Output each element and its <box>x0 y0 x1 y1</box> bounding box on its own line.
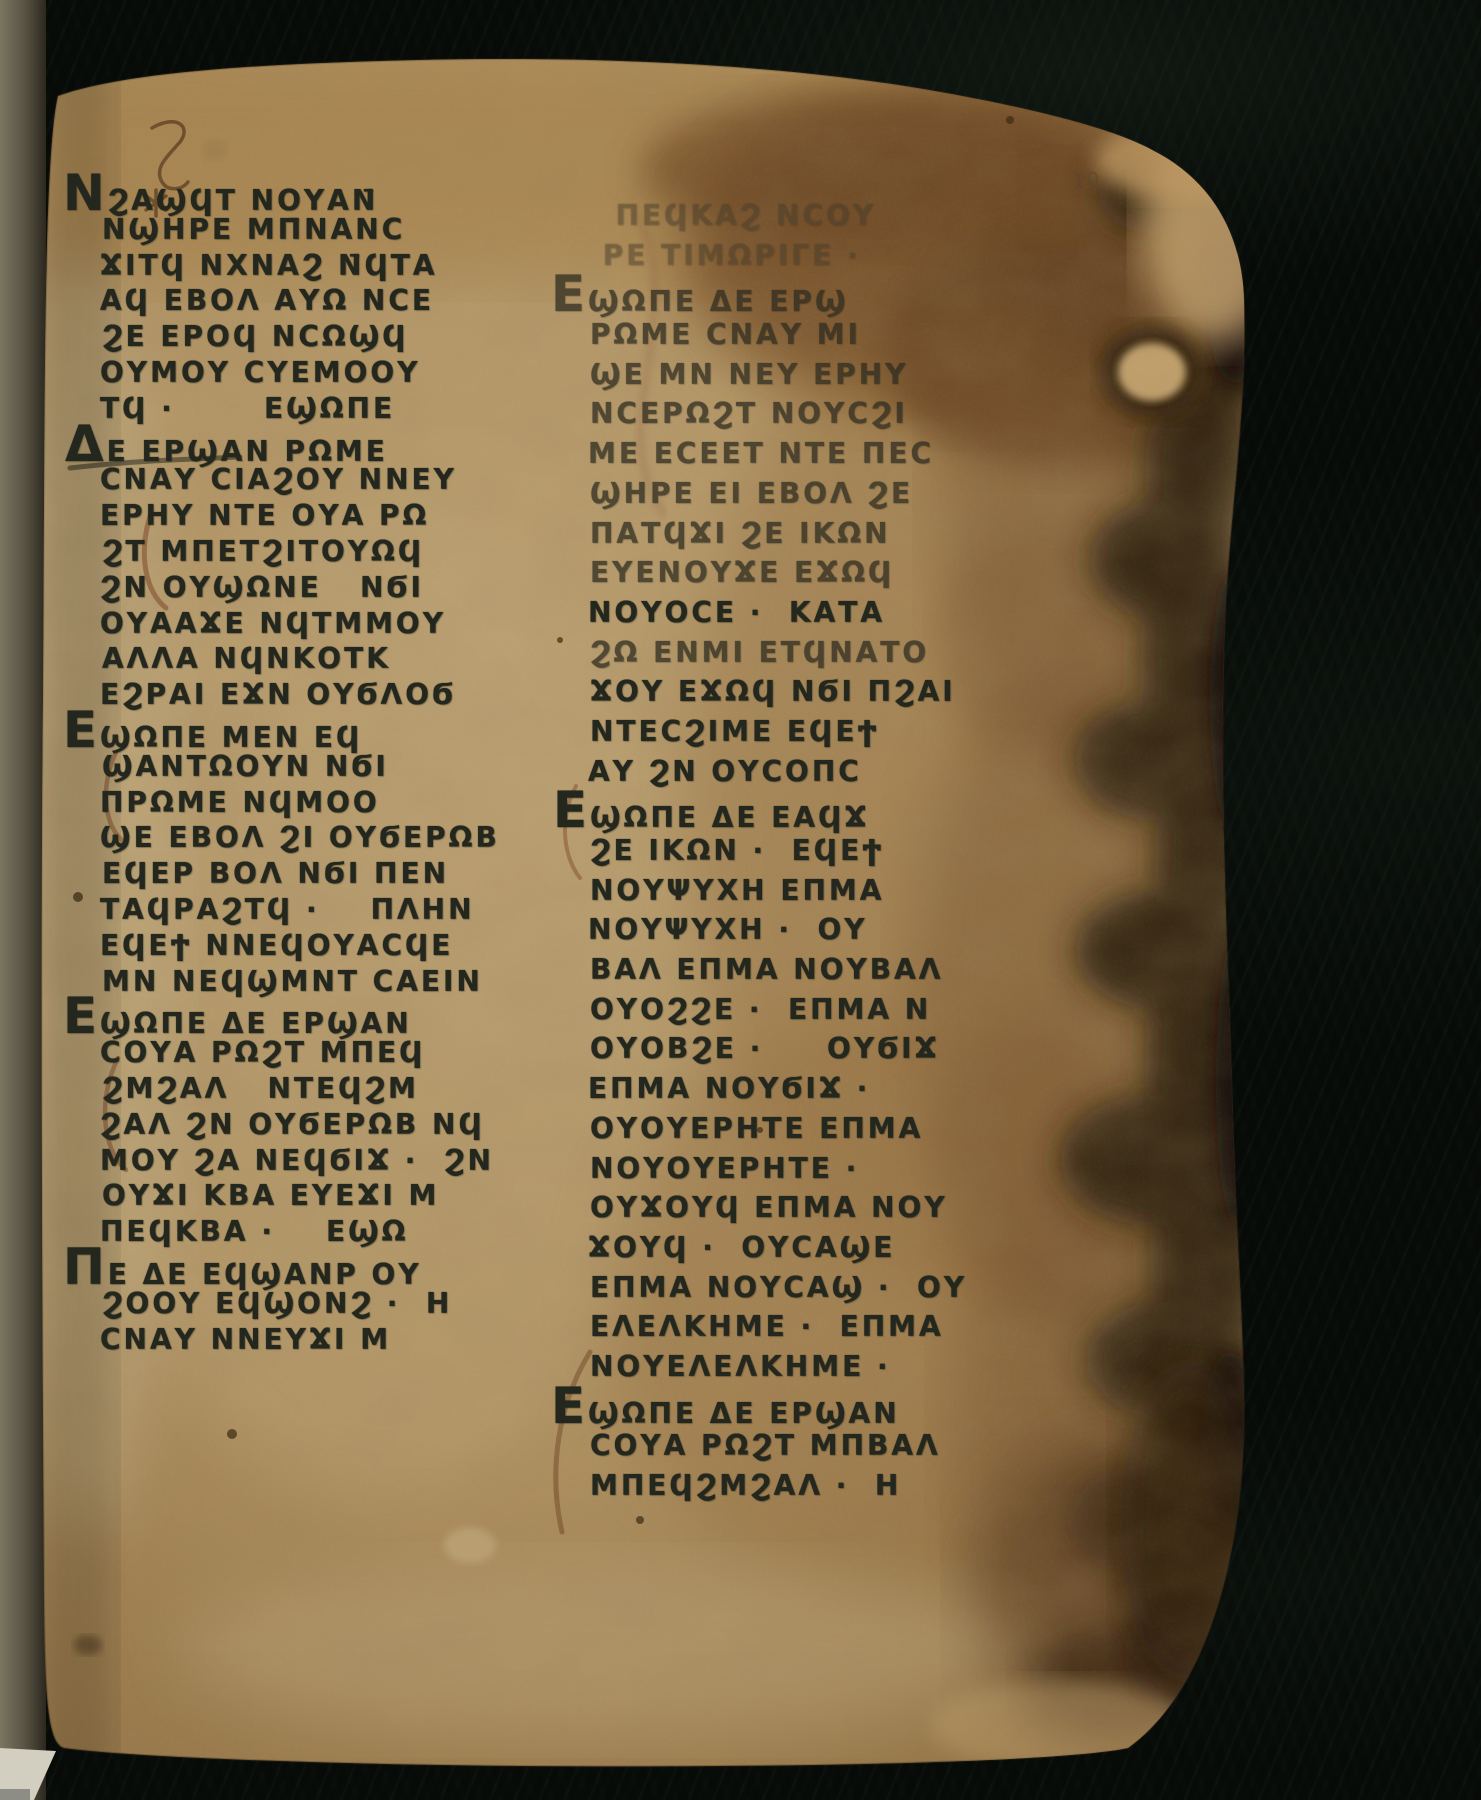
text-line: ϪΟΥϤ · ΟΥϹΑϢΕ <box>588 1228 1078 1268</box>
text-line: ΝϹΕΡΩϨΤ ΝΟΥϹϨΙ <box>590 394 1080 434</box>
text-line: ΤϤ · ΕϢΩΠΕ <box>100 391 580 427</box>
text-line: ϪΙΤϤ ΝΧΝΑϨ Ν̄ϤΤΑ <box>100 248 580 284</box>
text-line: ϨΜϨΑΛ ΝΤΕϤϨΜ <box>102 1071 582 1107</box>
text-line: ϪΟΥ ΕϪΩϤ ΝϬΙ ΠϨΑΙ <box>590 672 1080 712</box>
text-line: ΕϢΩΠΕ ΜΕΝ ΕϤ <box>100 713 580 749</box>
text-line: ΠΑΤϤϪΙ ϨΕ ΙΚΩΝ <box>590 514 1080 554</box>
text-line: ϢΗΡΕ ΕΙ ΕΒΟΛ ϨΕ <box>590 474 1080 514</box>
text-line: ΑΛΛΑ ΝϤΝΚΟΤΚ <box>102 641 582 677</box>
text-line: ΑΥ ϨΝ ΟΥϹΟΠϹ <box>588 752 1078 792</box>
text-line: ΟΥΟΒϨΕ · ΟΥϬΙϪ <box>590 1029 1080 1069</box>
text-line: ΝΟΥΟΥΕΡΗΤΕ · <box>590 1149 1080 1189</box>
text-line: ΕϤΕΡ ΒΟΛ ΝϬΙ ΠΕΝ <box>102 856 582 892</box>
text-line: ϨΤ ΜΠΕΤϨΙΤΟΥΩϤ <box>102 534 582 570</box>
text-line: ϢΑΝΤΩΟΥΝ ΝϬΙ <box>102 749 582 785</box>
text-line: ΟΥΜΟΥ ϹΥΕΜΟΟΥ <box>100 355 580 391</box>
text-line: ΕϢΩΠΕ ΔΕ ΕΡϢ <box>588 275 1078 315</box>
text-line: ΕϤΕϮ ΝΝΕϤΟΥΑϹϤΕ <box>100 928 580 964</box>
text-line: ΝΟΥΕΛΕΛΚΗΜΕ · <box>590 1347 1080 1387</box>
text-line: ΕϢΩΠΕ ΔΕ ΕΑϤϪ <box>590 791 1080 831</box>
text-line: ϨΩ ΕΝΜΙ ΕΤϤΝΑΤΟ <box>590 633 1080 673</box>
text-line: ΕΥΕΝΟΥϪΕ ΕϪΩϤ <box>590 553 1080 593</box>
text-line: ΟΥΑΑϪΕ ΝϤΤΜΜΟΥ <box>100 606 580 642</box>
text-line: ϹΝΑΥ ΝΝΕΥϪΙ Μ <box>100 1322 580 1358</box>
text-line: ΝϢΗΡΕ ΜΠ̄ΝΑΝϹ <box>102 212 582 248</box>
text-line: ΕϢΩΠΕ ΔΕ ΕΡϢΑΝ <box>100 999 580 1035</box>
text-line: ΝΤΕϹϨΙΜΕ ΕϤΕϮ <box>590 712 1080 752</box>
text-line: ΟΥΟΥΕΡΗΤΕ ΕΠΜΑ <box>590 1109 1080 1149</box>
text-line: ΜΠΕϤϨΜϨΑΛ · Η <box>590 1466 1080 1506</box>
text-line: ΕϨΡΑΙ ΕϪΝ ΟΥϬΛΟϬ <box>100 677 580 713</box>
text-line: ϨΟΟΥ ΕϤϢΟΝϨ · Η <box>102 1286 582 1322</box>
text-line: ΕΛΕΛΚΗΜΕ · ΕΠΜΑ <box>590 1307 1080 1347</box>
text-column-right: ΠΕϤΚΑϨ ΝϹΟΥ ΡΕ ΤΙΜΩΡΙΓΕ ·ΕϢΩΠΕ ΔΕ ΕΡϢΡΩΜ… <box>590 196 1080 1506</box>
text-line: ΡΩΜΕ ϹΝΑΥ ΜΙ <box>590 315 1080 355</box>
text-line: ϨΕ ΙΚΩΝ · ΕϤΕϮ <box>590 831 1080 871</box>
text-line: ΠΕ ΔΕ ΕϤϢΑΝΡ ΟΥ <box>100 1250 580 1286</box>
text-line: ΜΟΥ ϨΑ ΝΕϤϬΙϪ · ϨΝ <box>100 1143 580 1179</box>
text-column-left: ΝϨΑϢϤΤ ΝΟΥΑΝ̄ΝϢΗΡΕ ΜΠ̄ΝΑΝϹϪΙΤϤ ΝΧΝΑϨ Ν̄Ϥ… <box>100 176 580 1357</box>
text-line: ΟΥΟϨϨΕ · ΕΠΜΑ Ν <box>590 990 1080 1030</box>
text-line: ΝΟΥΟϹΕ · ΚΑΤΑ <box>588 593 1078 633</box>
text-line: ΒΑΛ ΕΠΜΑ ΝΟΥΒΑΛ <box>590 950 1080 990</box>
text-line: ϨΑΛ ϨΝ ΟΥϬΕΡΩΒ ΝϤ <box>100 1107 580 1143</box>
text-line: ΠΕϤΚΑϨ ΝϹΟΥ <box>590 196 1080 236</box>
text-line: ϨΝ ΟΥϢΩΝΕ ΝϬΙ <box>100 570 580 606</box>
text-line: ϹΝΑΥ ϹΙΑϨΟΥ ΝΝΕΥ <box>100 462 580 498</box>
manuscript-photo: 10 ΝϨΑϢϤΤ ΝΟΥΑΝ̄ΝϢΗΡΕ ΜΠ̄ΝΑΝϹϪΙΤϤ ΝΧΝΑϨ … <box>0 0 1481 1800</box>
folio-number: 10 <box>1071 167 1103 194</box>
text-line: ΤΑϤΡΑϨΤϤ · ΠΛΗΝ <box>100 892 580 928</box>
text-line: ϹΟΥΑ ΡΩϨΤ ΜΠΒΑΛ <box>590 1426 1080 1466</box>
text-line: ΕϢΩΠΕ ΔΕ ΕΡϢΑΝ <box>588 1387 1078 1427</box>
text-line: ΟΥϪΟΥϤ ΕΠΜΑ ΝΟΥ <box>590 1188 1080 1228</box>
text-line: ΠΡΩΜΕ ΝϤΜΟΟ <box>100 785 580 821</box>
text-line: ϨΕ ΕΡΟϤ ΝϹΩϢϤ <box>102 319 582 355</box>
text-line: ΑϤ ΕΒΟΛ ΑΥΩ ΝϹΕ <box>100 283 580 319</box>
text-line: ΡΕ ΤΙΜΩΡΙΓΕ · <box>590 236 1080 276</box>
text-line: ΜΕ ΕϹΕΕΤ ΝΤΕ ΠΕϹ <box>588 434 1078 474</box>
text-line: ΔΕ ΕΡϢΑΝ ΡΩΜΕ <box>102 427 582 463</box>
text-line: ϹΟΥΑ ΡΩϨΤ ΜΠΕϤ <box>100 1035 580 1071</box>
text-line: ϢΕ ΜΝ ΝΕΥ ΕΡΗΥ <box>590 355 1080 395</box>
text-line: ΕΡΗΥ ΝΤΕ ΟΥΑ ΡΩ <box>100 498 580 534</box>
text-line: ΜΝ ΝΕϤϢΜΝΤ ϹΑΕΙΝ <box>102 964 582 1000</box>
text-line: ΠΕϤΚΒΑ · ΕϢΩ <box>100 1214 580 1250</box>
text-line: ΕΠΜΑ ΝΟΥϹΑϢ · ΟΥ <box>590 1268 1080 1308</box>
text-line: ΝΟΥΨΥΧΗ · ΟΥ <box>588 910 1078 950</box>
text-line: ϢΕ ΕΒΟΛ ϨΙ ΟΥϬΕΡΩΒ <box>100 820 580 856</box>
text-line: ΕΠΜΑ ΝΟΥϬΙϪ · <box>588 1069 1078 1109</box>
text-line: ΝΟΥΨΥΧΗ ΕΠΜΑ <box>590 871 1080 911</box>
text-line: ΟΥϪΙ ΚΒΑ ΕΥΕϪΙ Μ <box>102 1178 582 1214</box>
text-line: ΝϨΑϢϤΤ ΝΟΥΑΝ̄ <box>100 176 580 212</box>
